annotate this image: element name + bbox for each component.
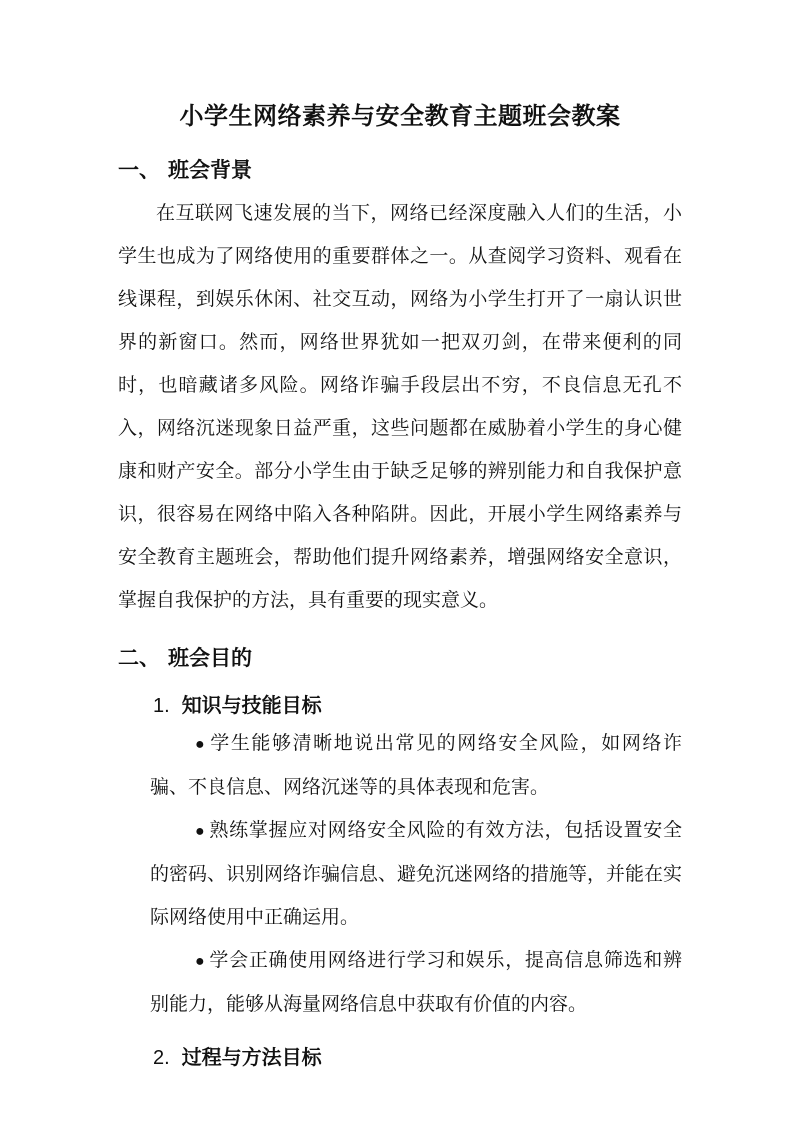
bullet-item: ●熟练掌握应对网络安全风险的有效方法，包括设置安全的密码、识别网络诈骗信息、避免… (118, 809, 682, 939)
document-page: 小学生网络素养与安全教育主题班会教案 一、班会背景 在互联网飞速发展的当下，网络… (0, 0, 800, 1131)
list-item-number: 2. (153, 1047, 170, 1069)
section-number: 一、 (118, 159, 160, 182)
bullet-item: ●学会正确使用网络进行学习和娱乐，提高信息筛选和辨别能力，能够从海量网络信息中获… (118, 939, 682, 1026)
background-paragraph: 在互联网飞速发展的当下，网络已经深度融入人们的生活，小学生也成为了网络使用的重要… (118, 192, 682, 622)
bullet-item: ●学生能够清晰地说出常见的网络安全风险，如网络诈骗、不良信息、网络沉迷等的具体表… (118, 722, 682, 809)
bullet-text: 学会正确使用网络进行学习和娱乐，提高信息筛选和辨别能力，能够从海量网络信息中获取… (150, 950, 682, 1015)
section-heading-background: 一、班会背景 (118, 156, 682, 186)
bullet-text: 学生能够清晰地说出常见的网络安全风险，如网络诈骗、不良信息、网络沉迷等的具体表现… (150, 733, 682, 798)
list-item-label: 知识与技能目标 (182, 695, 322, 717)
bullet-icon: ● (195, 953, 205, 970)
list-item-label: 过程与方法目标 (182, 1047, 322, 1069)
section-title: 班会目的 (168, 647, 252, 670)
numbered-item-knowledge-goals: 1.知识与技能目标 (118, 690, 682, 722)
bullet-icon: ● (195, 736, 206, 753)
section-title: 班会背景 (168, 159, 252, 182)
document-title: 小学生网络素养与安全教育主题班会教案 (118, 100, 682, 134)
section-number: 二、 (118, 647, 160, 670)
section-heading-purpose: 二、班会目的 (118, 644, 682, 674)
numbered-item-process-goals: 2.过程与方法目标 (118, 1042, 682, 1074)
list-item-number: 1. (153, 695, 170, 717)
bullet-text: 熟练掌握应对网络安全风险的有效方法，包括设置安全的密码、识别网络诈骗信息、避免沉… (150, 820, 682, 928)
bullet-icon: ● (195, 823, 205, 840)
